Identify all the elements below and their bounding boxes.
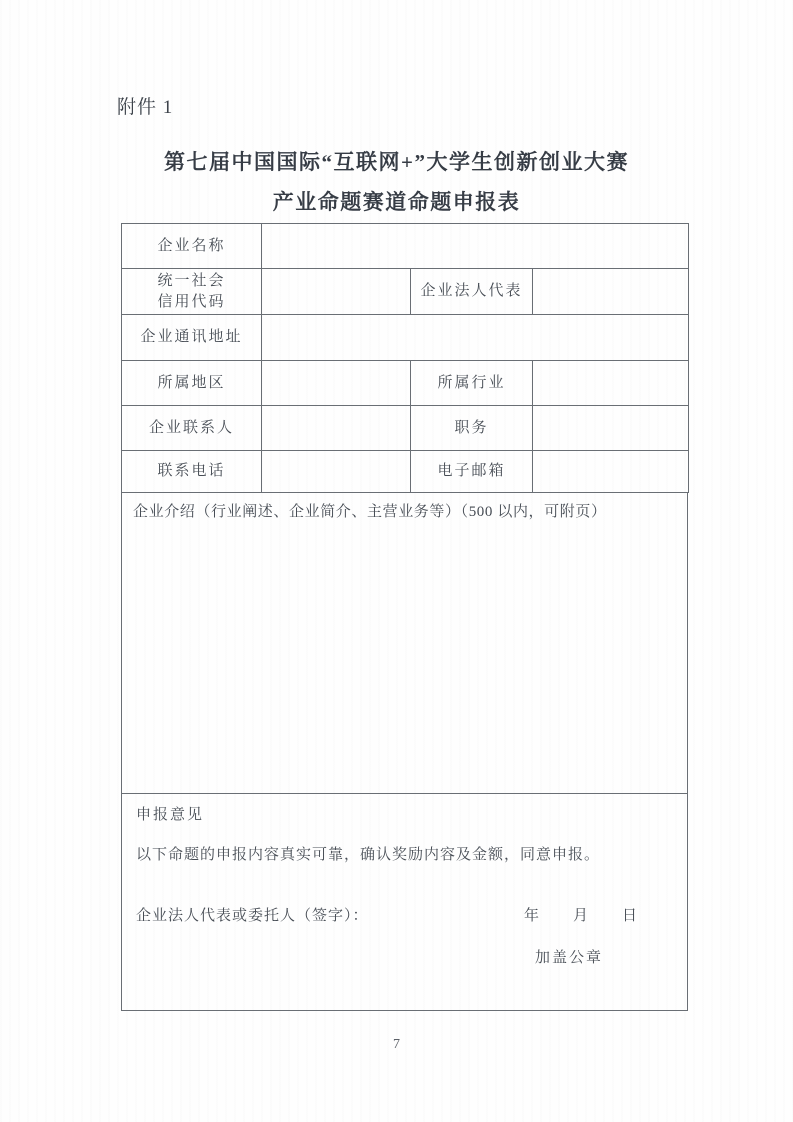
position-value-cell bbox=[533, 406, 689, 451]
table-row-company-name: 企业名称 bbox=[122, 224, 689, 269]
application-form-table: 企业名称 统一社会 信用代码 企业法人代表 企业通讯地址 所属地区 所属行业 企… bbox=[121, 223, 688, 1011]
table-row-region-industry: 所属地区 所属行业 bbox=[122, 361, 689, 406]
email-label: 电子邮箱 bbox=[411, 451, 533, 493]
position-label: 职务 bbox=[411, 406, 533, 451]
mailing-address-value-cell bbox=[262, 315, 689, 361]
application-opinion-statement: 以下命题的申报内容真实可靠，确认奖励内容及金额，同意申报。 bbox=[136, 845, 673, 865]
credit-code-label: 统一社会 信用代码 bbox=[122, 269, 262, 315]
region-value-cell bbox=[262, 361, 411, 406]
email-value-cell bbox=[533, 451, 689, 493]
date-year-label: 年 bbox=[524, 906, 539, 926]
legal-representative-value-cell bbox=[533, 269, 689, 315]
table-row-phone-email: 联系电话 电子邮箱 bbox=[122, 451, 689, 493]
date-day-label: 日 bbox=[622, 906, 637, 926]
company-name-label: 企业名称 bbox=[122, 224, 262, 269]
official-seal-label: 加盖公章 bbox=[136, 948, 673, 968]
page-number: 7 bbox=[0, 1037, 793, 1053]
phone-label: 联系电话 bbox=[122, 451, 262, 493]
application-opinion-title: 申报意见 bbox=[136, 805, 673, 825]
company-introduction-section: 企业介绍（行业阐述、企业简介、主营业务等）（500 以内，可附页） bbox=[121, 493, 688, 794]
industry-label: 所属行业 bbox=[411, 361, 533, 406]
credit-code-value-cell bbox=[262, 269, 411, 315]
region-label: 所属地区 bbox=[122, 361, 262, 406]
mailing-address-label: 企业通讯地址 bbox=[122, 315, 262, 361]
date-month-label: 月 bbox=[573, 906, 588, 926]
date-fields: 年 月 日 bbox=[524, 906, 673, 926]
industry-value-cell bbox=[533, 361, 689, 406]
company-name-value-cell bbox=[262, 224, 689, 269]
phone-value-cell bbox=[262, 451, 411, 493]
signature-line: 企业法人代表或委托人（签字）： 年 月 日 bbox=[136, 906, 673, 926]
table-row-credit-code: 统一社会 信用代码 企业法人代表 bbox=[122, 269, 689, 315]
application-opinion-section: 申报意见 以下命题的申报内容真实可靠，确认奖励内容及金额，同意申报。 企业法人代… bbox=[121, 794, 688, 1011]
contact-person-label: 企业联系人 bbox=[122, 406, 262, 451]
document-page: 附件 1 第七届中国国际“互联网+”大学生创新创业大赛 产业命题赛道命题申报表 … bbox=[0, 0, 793, 1122]
document-title-line2: 产业命题赛道命题申报表 bbox=[0, 186, 793, 216]
attachment-label: 附件 1 bbox=[117, 92, 173, 119]
document-title-line1: 第七届中国国际“互联网+”大学生创新创业大赛 bbox=[0, 146, 793, 176]
company-introduction-label: 企业介绍（行业阐述、企业简介、主营业务等）（500 以内，可附页） bbox=[133, 500, 676, 521]
signature-label: 企业法人代表或委托人（签字）： bbox=[136, 906, 369, 926]
table-row-mailing-address: 企业通讯地址 bbox=[122, 315, 689, 361]
table-row-contact-position: 企业联系人 职务 bbox=[122, 406, 689, 451]
legal-representative-label: 企业法人代表 bbox=[411, 269, 533, 315]
contact-person-value-cell bbox=[262, 406, 411, 451]
